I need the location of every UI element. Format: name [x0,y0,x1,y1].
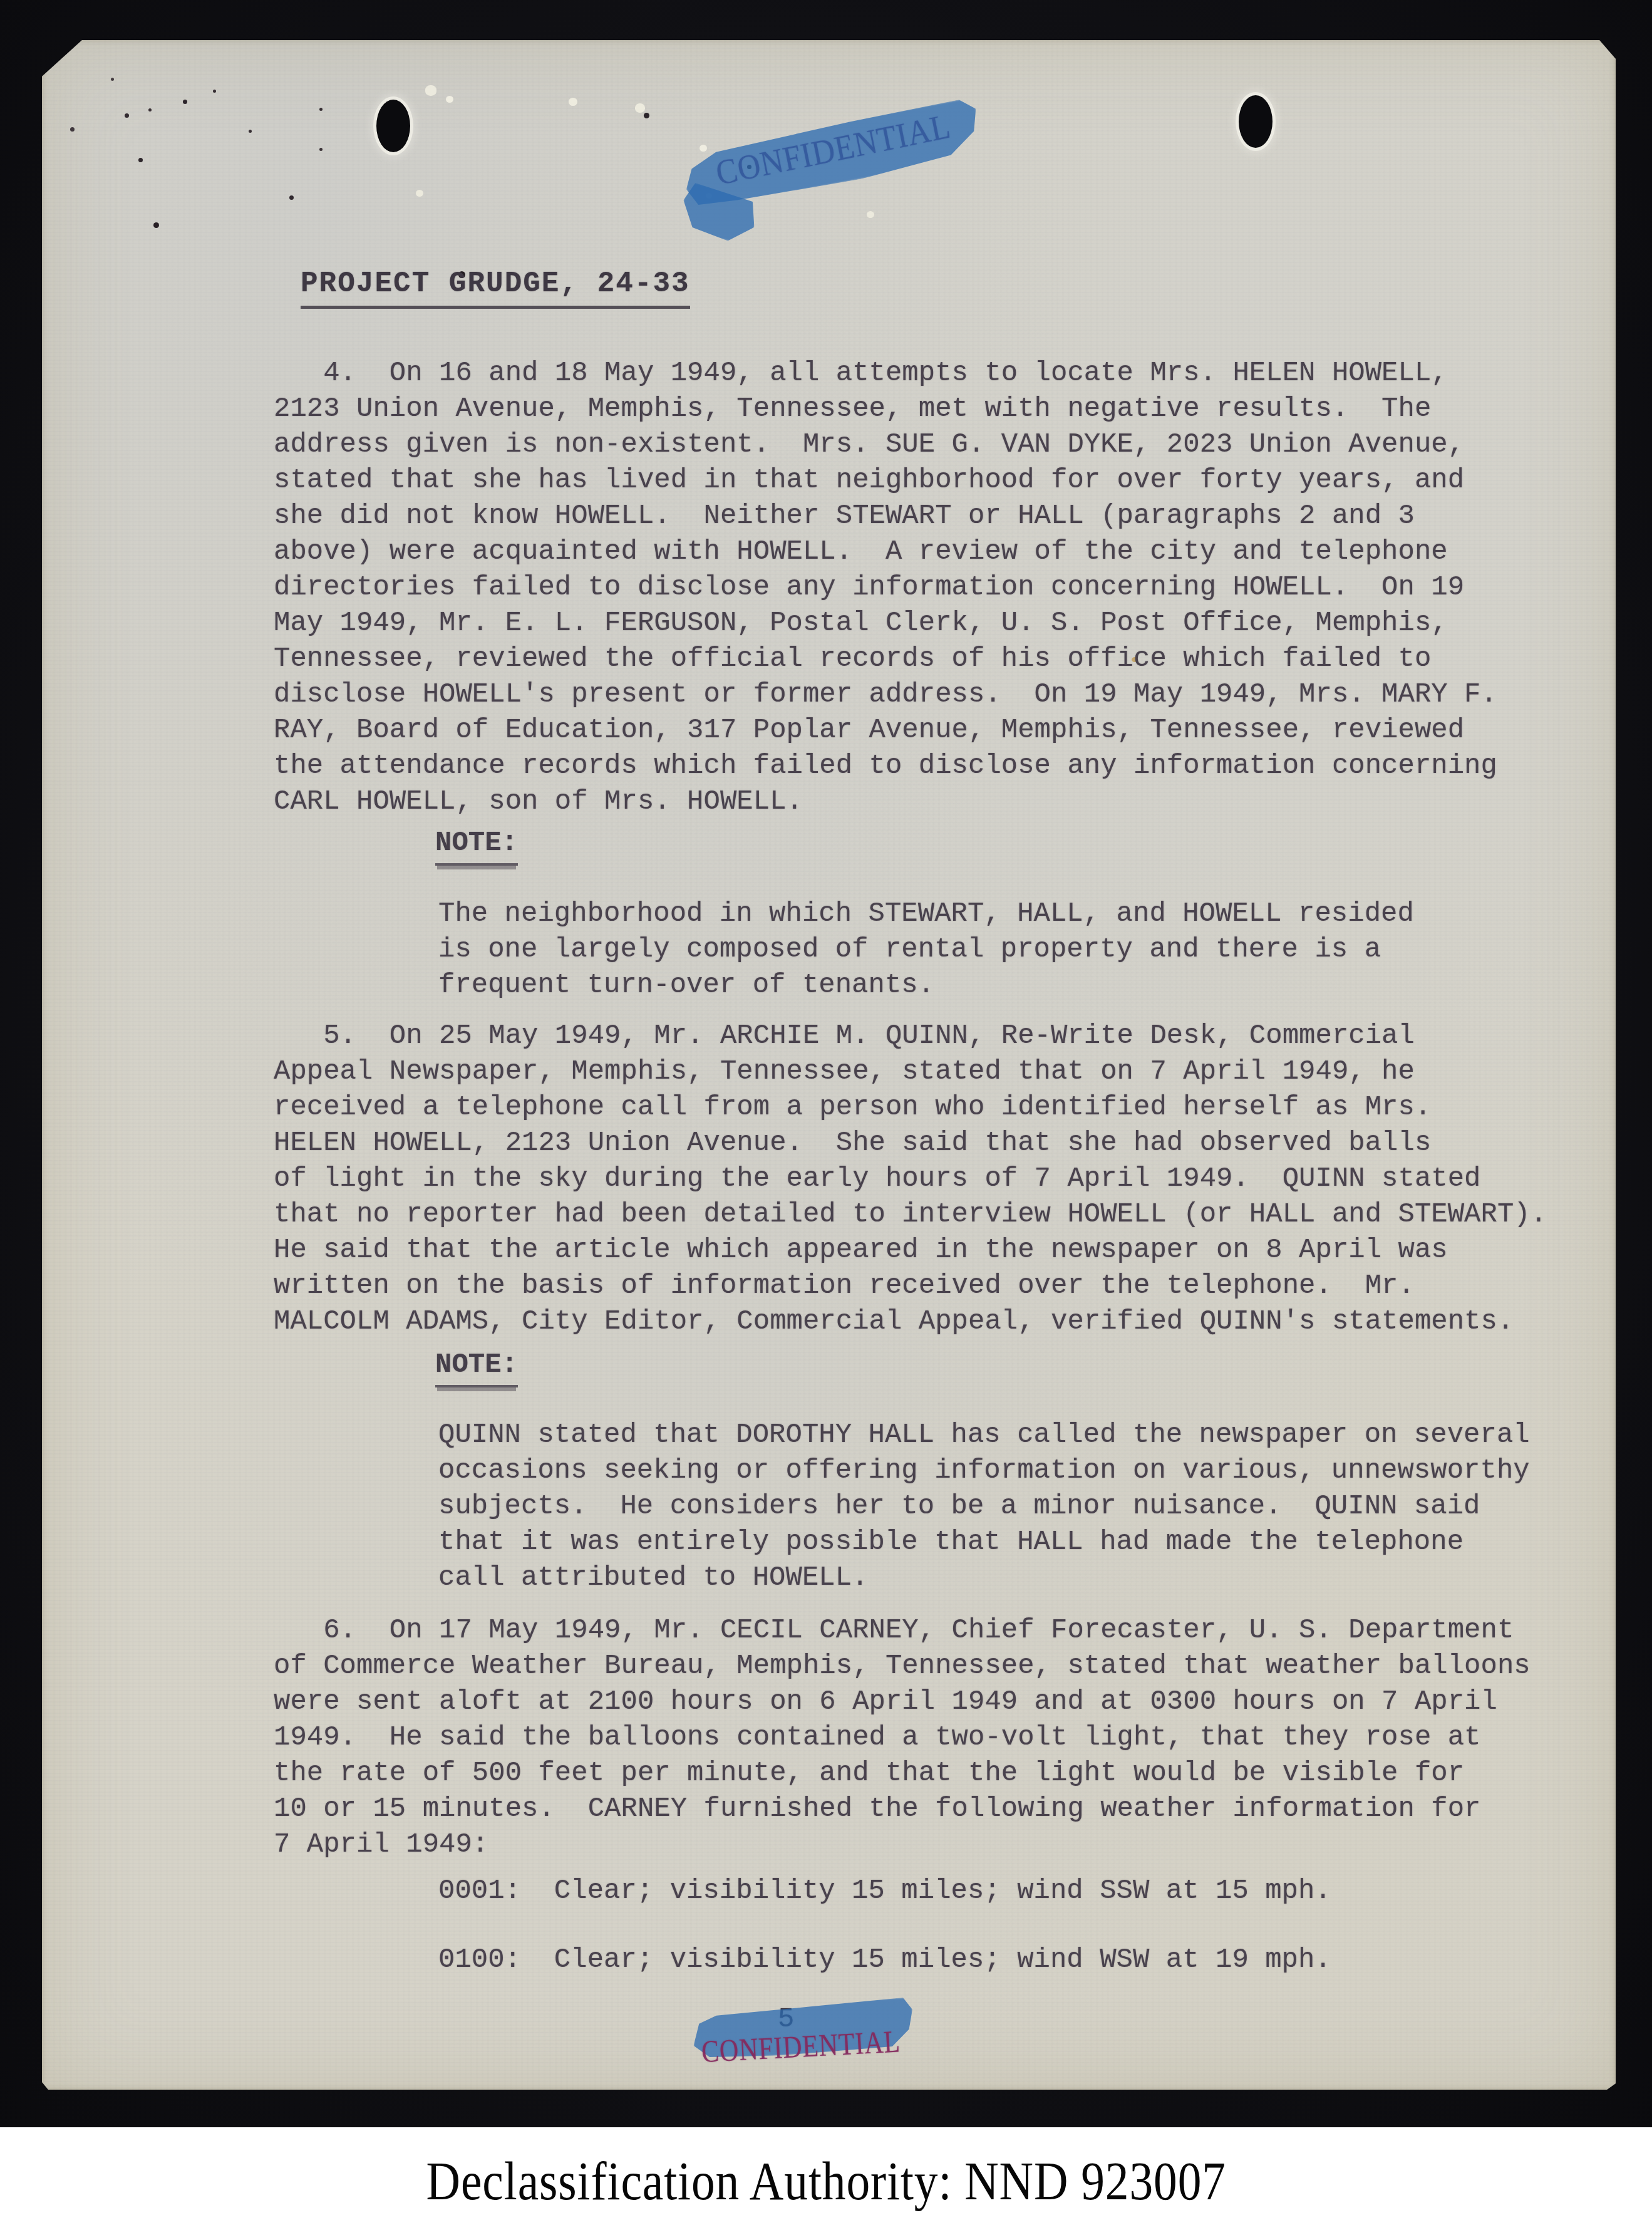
typewritten-line: that it was entirely possible that HALL … [438,1525,1530,1560]
typewritten-line: received a telephone call from a person … [274,1090,1547,1126]
punch-hole-left [376,100,410,152]
paragraph-4: 4. On 16 and 18 May 1949, all attempts t… [274,356,1497,820]
typewritten-line: directories failed to disclose any infor… [274,570,1497,606]
typewritten-line: 6. On 17 May 1949, Mr. CECIL CARNEY, Chi… [274,1613,1531,1649]
note-2-body: QUINN stated that DOROTHY HALL has calle… [438,1418,1530,1596]
scanned-document-page: { "heading": "PROJECT GRUDGE, 24-33", "s… [0,0,1652,2235]
typewritten-line: were sent aloft at 2100 hours on 6 April… [274,1684,1531,1720]
typewritten-line: 10 or 15 minutes. CARNEY furnished the f… [274,1792,1531,1827]
typewritten-line: 4. On 16 and 18 May 1949, all attempts t… [274,356,1497,392]
typewritten-line: HELEN HOWELL, 2123 Union Avenue. She sai… [274,1126,1547,1161]
typewritten-line: the attendance records which failed to d… [274,749,1497,784]
typewritten-line: subjects. He considers her to be a minor… [438,1489,1530,1525]
typewritten-line: 0100: Clear; visibility 15 miles; wind W… [438,1942,1331,1978]
typewritten-line: May 1949, Mr. E. L. FERGUSON, Postal Cle… [274,606,1497,641]
note-1-label: NOTE: [435,826,518,866]
declassification-strip: Declassification Authority: NND 923007 [0,2127,1652,2235]
document-paper: CONFIDENTIAL PROJECT GRUDGE, 24-33 4. On… [42,40,1616,2090]
note-1-body: The neighborhood in which STEWART, HALL,… [438,896,1414,1003]
weather-entry-0001: 0001: Clear; visibility 15 miles; wind S… [438,1874,1331,1909]
typewritten-line: stated that she has lived in that neighb… [274,463,1497,499]
paragraph-6: 6. On 17 May 1949, Mr. CECIL CARNEY, Chi… [274,1613,1531,1863]
typewritten-line: occasions seeking or offering informatio… [438,1453,1530,1489]
declassification-text: Declassification Authority: NND 923007 [426,2150,1226,2212]
typewritten-line: 7 April 1949: [274,1827,1531,1863]
typewritten-line: The neighborhood in which STEWART, HALL,… [438,896,1414,932]
typewritten-line: 5. On 25 May 1949, Mr. ARCHIE M. QUINN, … [274,1019,1547,1054]
typewritten-line: 1949. He said the balloons contained a t… [274,1720,1531,1756]
typewritten-line: of Commerce Weather Bureau, Memphis, Ten… [274,1649,1531,1684]
document-title: PROJECT GRUDGE, 24-33 [301,266,690,309]
typewritten-line: Appeal Newspaper, Memphis, Tennessee, st… [274,1054,1547,1090]
typewritten-line: she did not know HOWELL. Neither STEWART… [274,499,1497,534]
paragraph-5: 5. On 25 May 1949, Mr. ARCHIE M. QUINN, … [274,1019,1547,1340]
typewritten-line: disclose HOWELL's present or former addr… [274,677,1497,713]
confidential-stamp-top: CONFIDENTIAL [668,75,1023,260]
typewritten-line: MALCOLM ADAMS, City Editor, Commercial A… [274,1304,1547,1340]
weather-entry-0100: 0100: Clear; visibility 15 miles; wind W… [438,1942,1331,1978]
typewritten-line: of light in the sky during the early hou… [274,1161,1547,1197]
typewritten-line: address given is non-existent. Mrs. SUE … [274,427,1497,463]
typewritten-line: frequent turn-over of tenants. [438,968,1414,1003]
typewritten-line: that no reporter had been detailed to in… [274,1197,1547,1233]
confidential-stamp-bottom: CONFIDENTIAL [684,1985,958,2087]
typewritten-line: written on the basis of information rece… [274,1268,1547,1304]
typewritten-line: 2123 Union Avenue, Memphis, Tennessee, m… [274,392,1497,427]
typewritten-line: He said that the article which appeared … [274,1233,1547,1268]
typewritten-line: 0001: Clear; visibility 15 miles; wind S… [438,1874,1331,1909]
note-2-label: NOTE: [435,1347,518,1387]
typewritten-line: call attributed to HOWELL. [438,1560,1530,1596]
typewritten-line: QUINN stated that DOROTHY HALL has calle… [438,1418,1530,1453]
typewritten-line: RAY, Board of Education, 317 Poplar Aven… [274,713,1497,749]
typewritten-line: is one largely composed of rental proper… [438,932,1414,968]
typewritten-line: CARL HOWELL, son of Mrs. HOWELL. [274,784,1497,820]
typewritten-line: above) were acquainted with HOWELL. A re… [274,534,1497,570]
punch-hole-right [1239,95,1273,148]
typewritten-line: Tennessee, reviewed the official records… [274,641,1497,677]
typewritten-line: the rate of 500 feet per minute, and tha… [274,1756,1531,1792]
